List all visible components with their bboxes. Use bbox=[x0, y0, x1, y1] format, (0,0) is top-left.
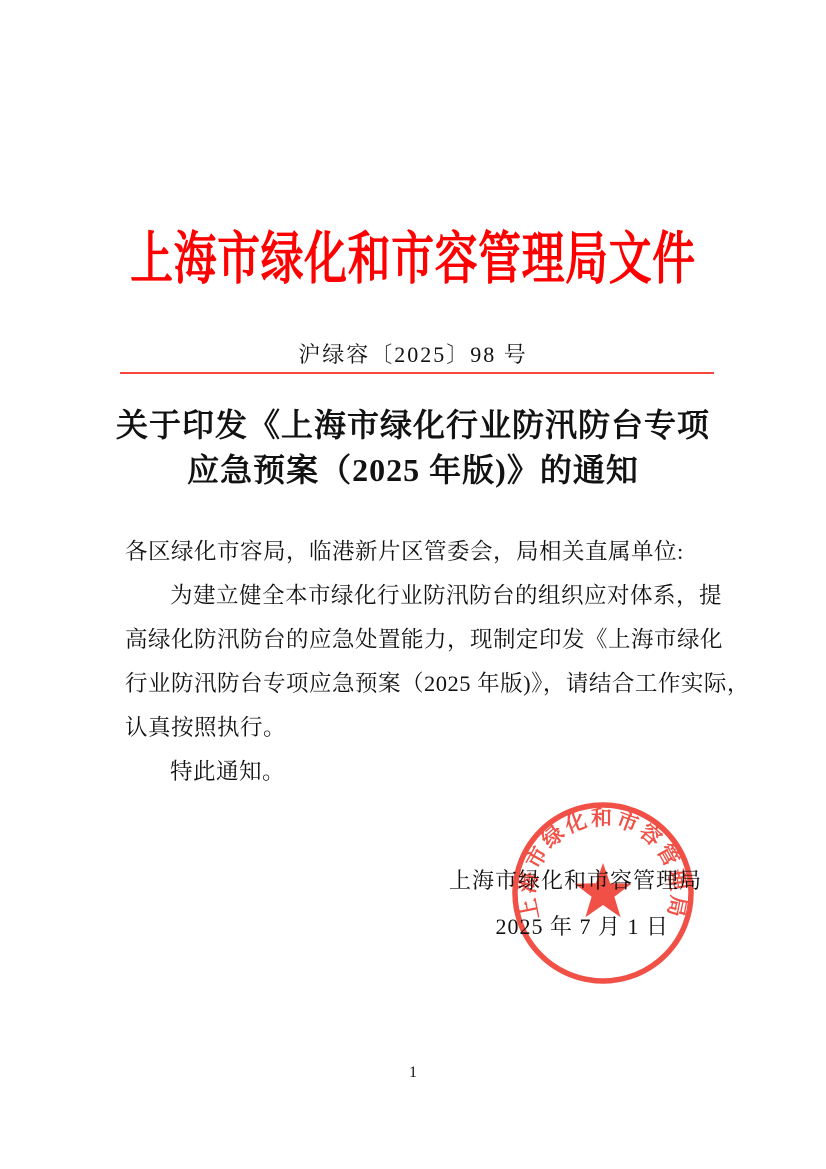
body-salutation: 各区绿化市容局，临港新片区管委会，局相关直属单位: bbox=[125, 530, 710, 574]
body-line: 为建立健全本市绿化行业防汛防台的组织应对体系，提 bbox=[125, 574, 710, 618]
page-number: 1 bbox=[0, 1064, 826, 1082]
signature-date: 2025 年 7 月 1 日 bbox=[125, 912, 669, 942]
document-page: 上海市绿化和市容管理局文件 沪绿容〔2025〕98 号 关于印发《上海市绿化行业… bbox=[0, 0, 826, 1169]
signature-organization: 上海市绿化和市容管理局 bbox=[125, 866, 702, 896]
org-title-text: 上海市绿化和市容管理局文件 bbox=[130, 224, 696, 296]
document-title-line1: 关于印发《上海市绿化行业防汛防台专项 bbox=[0, 403, 826, 448]
document-title-line2: 应急预案（2025 年版)》的通知 bbox=[0, 448, 826, 493]
document-body: 各区绿化市容局，临港新片区管委会，局相关直属单位: 为建立健全本市绿化行业防汛防… bbox=[125, 530, 710, 794]
doc-reference-number: 沪绿容〔2025〕98 号 bbox=[0, 338, 826, 369]
body-closing-line: 特此通知。 bbox=[125, 750, 710, 794]
svg-text:上海市绿化和市容管理局: 上海市绿化和市容管理局 bbox=[515, 806, 691, 922]
body-line: 行业防汛防台专项应急预案（2025 年版)》，请结合工作实际， bbox=[125, 662, 710, 706]
document-header-banner: 上海市绿化和市容管理局文件 bbox=[0, 224, 826, 310]
red-divider-line bbox=[120, 372, 714, 374]
document-title: 关于印发《上海市绿化行业防汛防台专项 应急预案（2025 年版)》的通知 bbox=[0, 403, 826, 493]
seal-arc-text: 上海市绿化和市容管理局 bbox=[515, 806, 691, 922]
body-line: 认真按照执行。 bbox=[125, 706, 710, 750]
body-line: 高绿化防汛防台的应急处置能力，现制定印发《上海市绿化 bbox=[125, 618, 710, 662]
